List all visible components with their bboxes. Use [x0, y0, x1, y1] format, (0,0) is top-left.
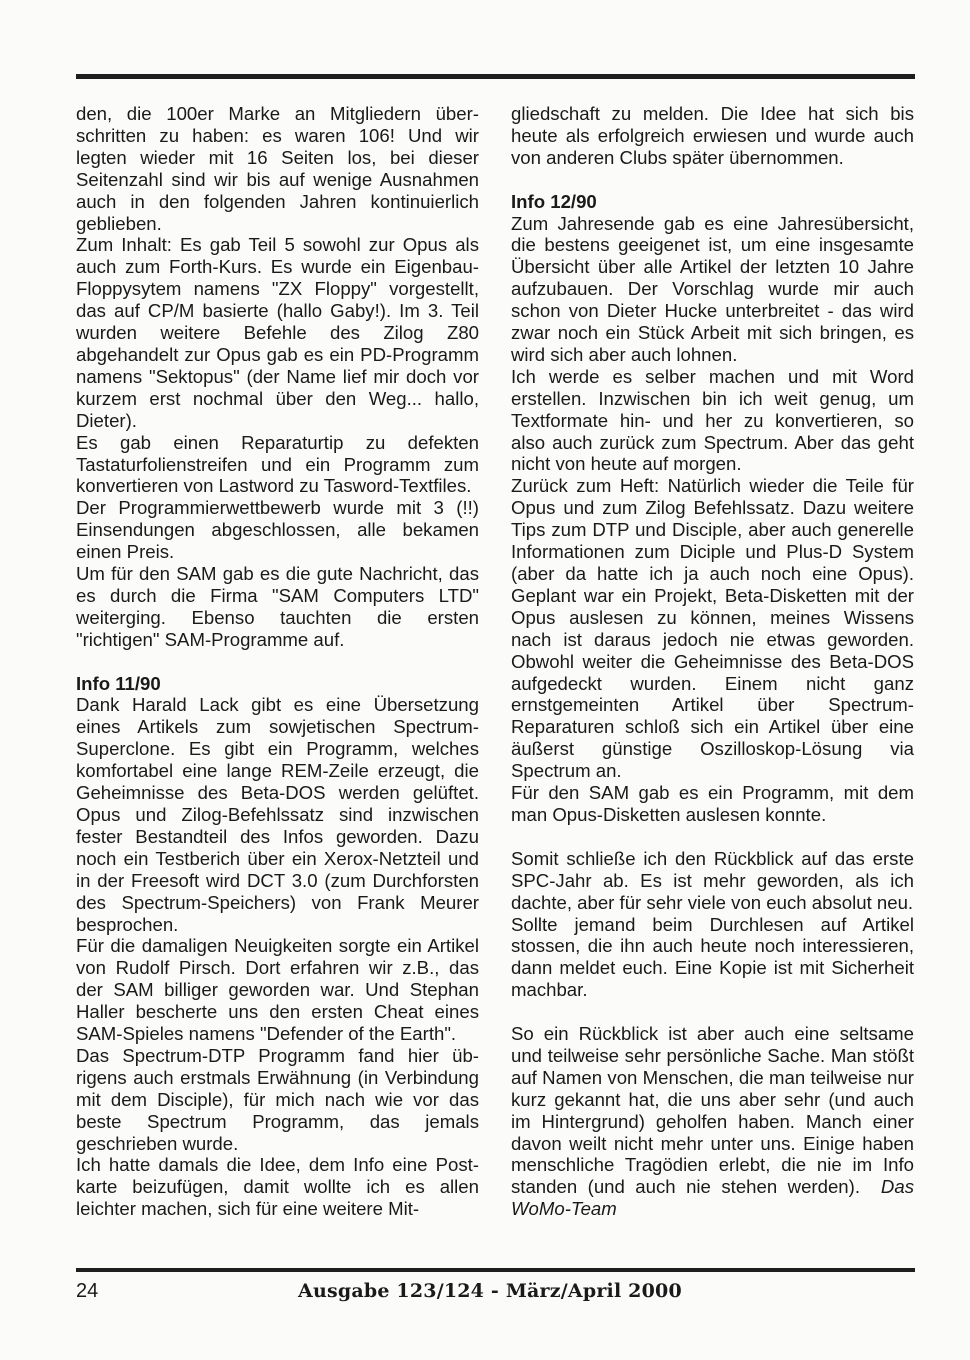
paragraph: Zurück zum Heft: Natürlich wieder die Te…: [511, 475, 914, 782]
section-heading-info-12-90: Info 12/90: [511, 191, 914, 213]
paragraph: Zum Jahresende gab es eine Jahresüber­si…: [511, 213, 914, 366]
paragraph: Dank Harald Lack gibt es eine Übersetzun…: [76, 694, 479, 935]
paragraph: den, die 100er Marke an Mitgliedern über…: [76, 103, 479, 234]
header-rule: [76, 74, 915, 79]
paragraph: Ich hatte damals die Idee, dem Info eine…: [76, 1154, 479, 1220]
section-heading-info-11-90: Info 11/90: [76, 673, 479, 695]
paragraph: Für den SAM gab es ein Programm, mit dem…: [511, 782, 914, 826]
paragraph: Für die damaligen Neuigkeiten sorgte ein…: [76, 935, 479, 1045]
left-column: den, die 100er Marke an Mitgliedern über…: [76, 103, 479, 1220]
right-column: gliedschaft zu melden. Die Idee hat sich…: [511, 103, 914, 1220]
final-paragraph: So ein Rückblick ist aber auch eine selt…: [511, 1023, 914, 1220]
paragraph: Der Programmierwettbewerb wurde mit 3 (!…: [76, 497, 479, 563]
paragraph: gliedschaft zu melden. Die Idee hat sich…: [511, 103, 914, 169]
paragraph: Sollte jemand beim Durchlesen auf Artike…: [511, 914, 914, 1002]
paragraph: Zum Inhalt: Es gab Teil 5 sowohl zur Opu…: [76, 234, 479, 431]
paragraph: Ich werde es selber machen und mit Word …: [511, 366, 914, 476]
page-number: 24: [76, 1280, 98, 1303]
paragraph: Das Spectrum-DTP Programm fand hier üb­r…: [76, 1045, 479, 1155]
paragraph: Somit schließe ich den Rückblick auf das…: [511, 848, 914, 914]
paragraph-text: So ein Rückblick ist aber auch eine selt…: [511, 1023, 914, 1197]
paragraph: Um für den SAM gab es die gute Nachricht…: [76, 563, 479, 651]
paragraph: Es gab einen Reparaturtip zu defekten Ta…: [76, 432, 479, 498]
issue-title: Ausgabe 123/124 - März/April 2000: [298, 1280, 682, 1302]
footer-rule: [76, 1268, 915, 1272]
